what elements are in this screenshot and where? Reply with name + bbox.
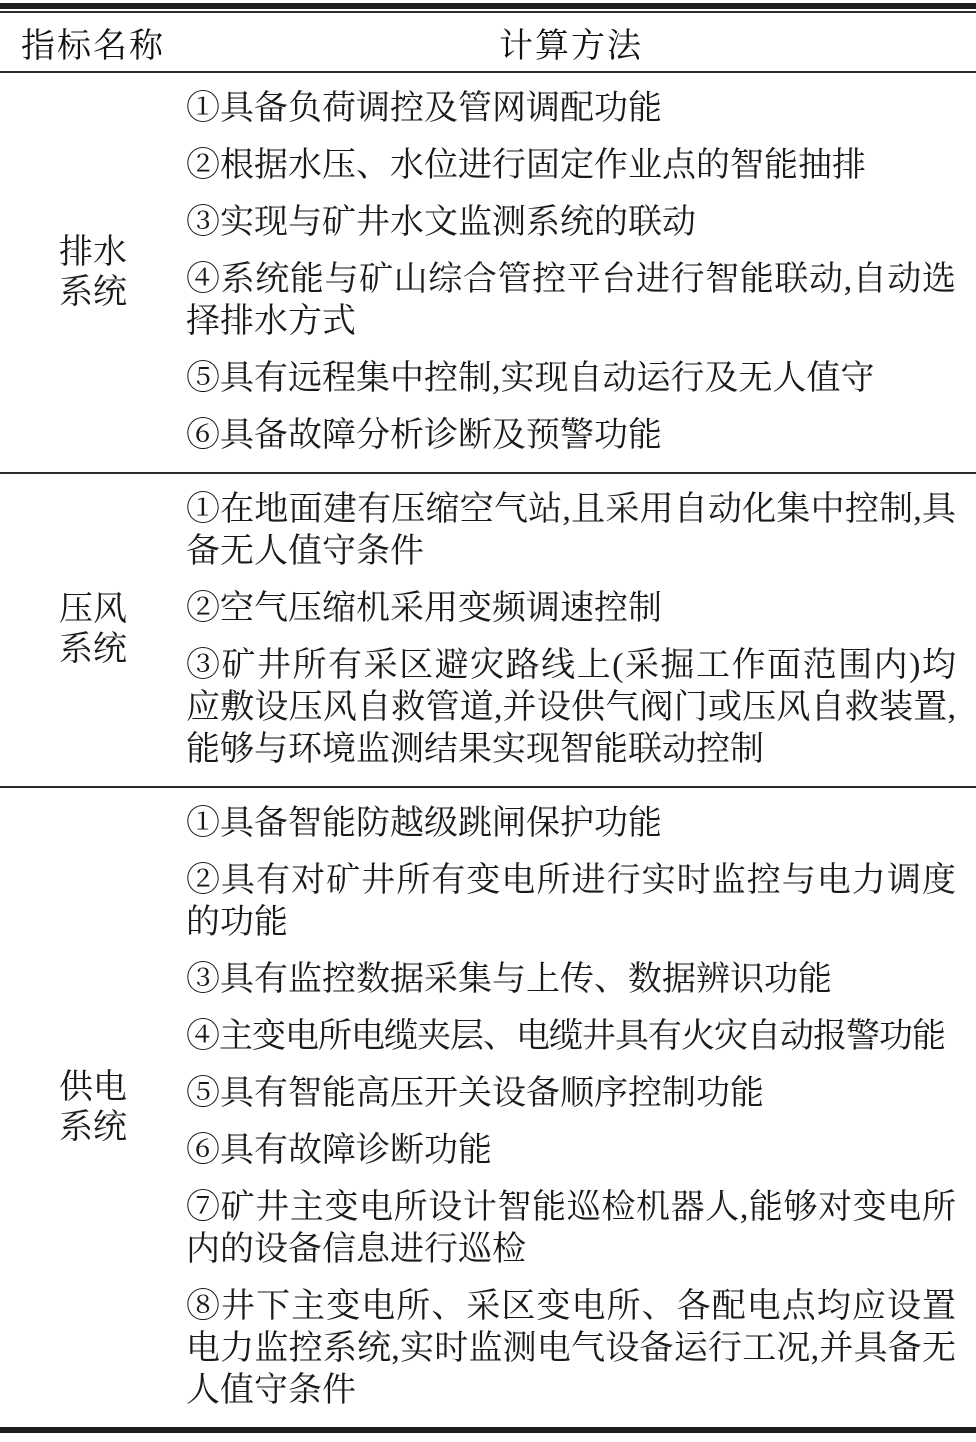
method-item-6: ⑥具备故障分析诊断及预警功能 (186, 415, 956, 457)
row-group-drainage-system: 排水 系统 ①具备负荷调控及管网调配功能 ②根据水压、水位进行固定作业点的智能抽… (0, 73, 976, 472)
row-label-line-2: 系统 (59, 273, 127, 313)
table-page: 指标名称 计算方法 排水 系统 ①具备负荷调控及管网调配功能 ②根据水压、水位进… (0, 0, 976, 1442)
row-group-compressed-air-system: 压风 系统 ①在地面建有压缩空气站,且采用自动化集中控制,具备无人值守条件 ②空… (0, 474, 976, 786)
method-item-3: ③具有监控数据采集与上传、数据辨识功能 (186, 959, 956, 1001)
row-label-line-1: 供电 (59, 1068, 127, 1108)
row-group-power-supply-system: 供电 系统 ①具备智能防越级跳闸保护功能 ②具有对矿井所有变电所进行实时监控与电… (0, 788, 976, 1427)
row-label-power-supply-system: 供电 系统 (0, 788, 186, 1427)
method-item-4: ④系统能与矿山综合管控平台进行智能联动,自动选择排水方式 (186, 259, 956, 343)
method-item-7: ⑦矿井主变电所设计智能巡检机器人,能够对变电所内的设备信息进行巡检 (186, 1187, 956, 1271)
method-item-5: ⑤具有智能高压开关设备顺序控制功能 (186, 1073, 956, 1115)
method-item-2: ②具有对矿井所有变电所进行实时监控与电力调度的功能 (186, 860, 956, 944)
method-item-5: ⑤具有远程集中控制,实现自动运行及无人值守 (186, 358, 956, 400)
row-label-line-2: 系统 (59, 630, 127, 670)
table-header-row: 指标名称 计算方法 (0, 13, 976, 71)
row-label-line-1: 压风 (59, 590, 127, 630)
row-label-drainage-system: 排水 系统 (0, 73, 186, 472)
table-top-rule-thick (0, 3, 976, 9)
table-bottom-rule (0, 1427, 976, 1433)
row-label-compressed-air-system: 压风 系统 (0, 474, 186, 786)
row-label-line-2: 系统 (59, 1108, 127, 1148)
method-item-2: ②空气压缩机采用变频调速控制 (186, 588, 956, 630)
method-list-compressed-air: ①在地面建有压缩空气站,且采用自动化集中控制,具备无人值守条件 ②空气压缩机采用… (186, 474, 976, 786)
method-item-8: ⑧井下主变电所、采区变电所、各配电点均应设置电力监控系统,实时监测电气设备运行工… (186, 1286, 956, 1412)
method-item-4: ④主变电所电缆夹层、电缆井具有火灾自动报警功能 (186, 1016, 956, 1058)
method-item-1: ①具备智能防越级跳闸保护功能 (186, 803, 956, 845)
header-calculation-method: 计算方法 (186, 18, 976, 67)
method-item-3: ③实现与矿井水文监测系统的联动 (186, 202, 956, 244)
header-indicator-name: 指标名称 (0, 18, 186, 67)
method-item-6: ⑥具有故障诊断功能 (186, 1130, 956, 1172)
method-item-1: ①具备负荷调控及管网调配功能 (186, 88, 956, 130)
row-label-line-1: 排水 (59, 233, 127, 273)
method-item-1: ①在地面建有压缩空气站,且采用自动化集中控制,具备无人值守条件 (186, 489, 956, 573)
method-item-3: ③矿井所有采区避灾路线上(采掘工作面范围内)均应敷设压风自救管道,并设供气阀门或… (186, 645, 956, 771)
method-list-drainage: ①具备负荷调控及管网调配功能 ②根据水压、水位进行固定作业点的智能抽排 ③实现与… (186, 73, 976, 472)
method-item-2: ②根据水压、水位进行固定作业点的智能抽排 (186, 145, 956, 187)
method-list-power-supply: ①具备智能防越级跳闸保护功能 ②具有对矿井所有变电所进行实时监控与电力调度的功能… (186, 788, 976, 1427)
